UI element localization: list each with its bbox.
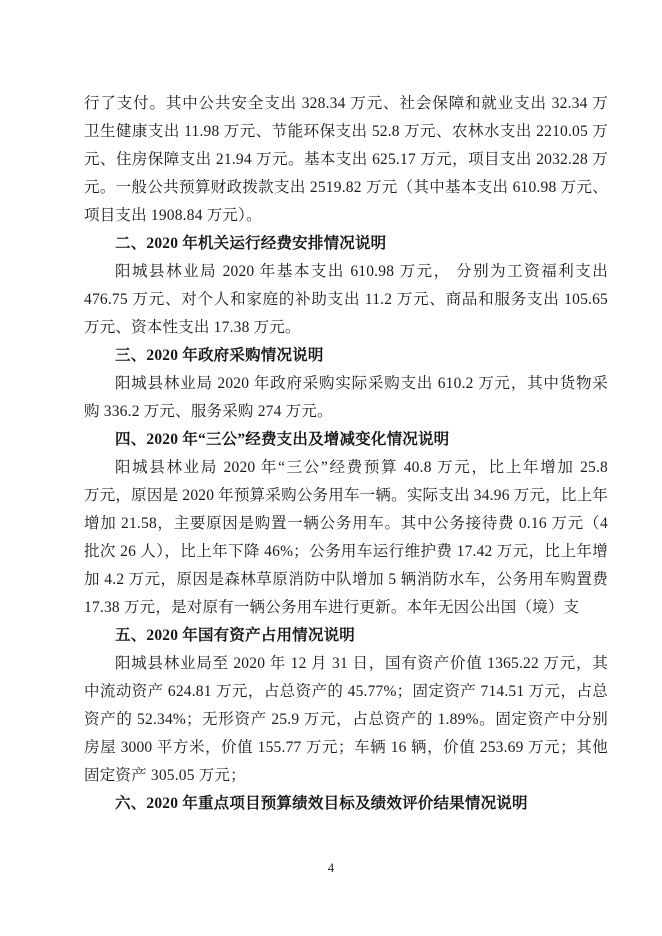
- body-text-line: 阳城县林业局至 2020 年 12 月 31 日，国有资产价值 1365.22 …: [84, 650, 608, 678]
- section-heading-2: 二、2020 年机关运行经费安排情况说明: [84, 230, 608, 258]
- section-heading-6: 六、2020 年重点项目预算绩效目标及绩效评价结果情况说明: [84, 790, 608, 818]
- section-heading-4: 四、2020 年“三公”经费支出及增减变化情况说明: [84, 426, 608, 454]
- body-text-line: 元。一般公共预算财政拨款支出 2519.82 万元（其中基本支出 610.98 …: [84, 174, 608, 202]
- body-text-line: 卫生健康支出 11.98 万元、节能环保支出 52.8 万元、农林水支出 221…: [84, 118, 608, 146]
- document-page: 行了支付。其中公共安全支出 328.34 万元、社会保障和就业支出 32.34 …: [0, 0, 662, 936]
- body-text-line: 476.75 万元、对个人和家庭的补助支出 11.2 万元、商品和服务支出 10…: [84, 286, 608, 314]
- body-text-line: 中流动资产 624.81 万元，占总资产的 45.77%；固定资产 714.51…: [84, 678, 608, 706]
- body-text-line: 购 336.2 万元、服务采购 274 万元。: [84, 398, 608, 426]
- body-text-line: 行了支付。其中公共安全支出 328.34 万元、社会保障和就业支出 32.34 …: [84, 90, 608, 118]
- body-text-line: 房屋 3000 平方米，价值 155.77 万元；车辆 16 辆，价值 253.…: [84, 734, 608, 762]
- body-text-line: 17.38 万元，是对原有一辆公务用车进行更新。本年无因公出国（境）支出。: [84, 594, 608, 622]
- body-text-line: 加 4.2 万元，原因是森林草原消防中队增加 5 辆消防水车，公务用车购置费: [84, 566, 608, 594]
- section-heading-5: 五、2020 年国有资产占用情况说明: [84, 622, 608, 650]
- section-heading-3: 三、2020 年政府采购情况说明: [84, 342, 608, 370]
- body-text-line: 批次 26 人），比上年下降 46%；公务用车运行维护费 17.42 万元，比上…: [84, 538, 608, 566]
- body-text-line: 元、住房保障支出 21.94 万元。基本支出 625.17 万元，项目支出 20…: [84, 146, 608, 174]
- body-text-line: 阳城县林业局 2020 年基本支出 610.98 万元， 分别为工资福利支出: [84, 258, 608, 286]
- body-text-line: 项目支出 1908.84 万元）。: [84, 202, 608, 230]
- page-number: 4: [0, 859, 662, 877]
- body-text-line: 万元，原因是 2020 年预算采购公务用车一辆。实际支出 34.96 万元，比上…: [84, 482, 608, 510]
- body-text-line: 阳城县林业局 2020 年政府采购实际采购支出 610.2 万元，其中货物采: [84, 370, 608, 398]
- body-text-line: 资产的 52.34%；无形资产 25.9 万元，占总资产的 1.89%。固定资产…: [84, 706, 608, 734]
- document-body: 行了支付。其中公共安全支出 328.34 万元、社会保障和就业支出 32.34 …: [84, 90, 608, 818]
- body-text-line: 万元、资本性支出 17.38 万元。: [84, 314, 608, 342]
- body-text-line: 阳城县林业局 2020 年“三公”经费预算 40.8 万元，比上年增加 25.8: [84, 454, 608, 482]
- body-text-line: 固定资产 305.05 万元；: [84, 762, 608, 790]
- body-text-line: 增加 21.58，主要原因是购置一辆公务用车。其中公务接待费 0.16 万元（4: [84, 510, 608, 538]
